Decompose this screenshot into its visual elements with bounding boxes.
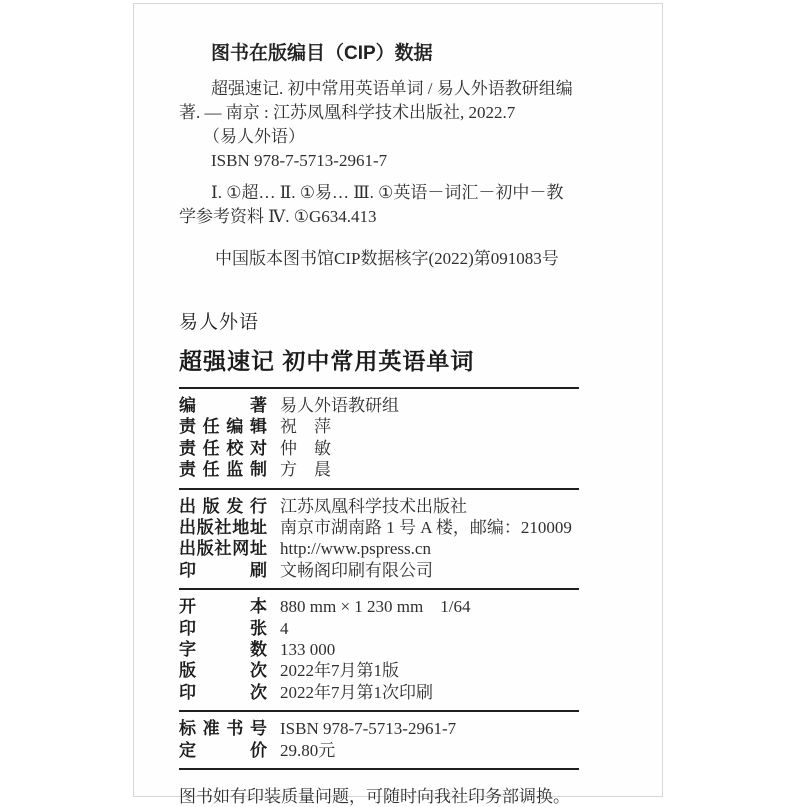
series-name: 易人外语	[179, 307, 579, 334]
row-label: 开本	[179, 596, 267, 617]
row-value: 江苏凤凰科学技术出版社	[280, 496, 467, 517]
row-value: 2022年7月第1次印刷	[280, 682, 433, 703]
credits-row: 责任编辑 祝 萍	[179, 416, 579, 437]
publishing-row: 出版社网址 http://www.pspress.cn	[179, 538, 579, 559]
publishing-row: 出版社地址 南京市湖南路 1 号 A 楼，邮编：210009	[179, 517, 579, 538]
publishing-row: 印刷 文畅阁印刷有限公司	[179, 560, 579, 581]
cip-record-line: （易人外语）	[179, 125, 579, 149]
cip-record-line: 超强速记. 初中常用英语单词 / 易人外语教研组编	[179, 77, 579, 101]
row-label: 字数	[179, 639, 267, 660]
credits-section: 编著 易人外语教研组 责任编辑 祝 萍 责任校对 仲 敏 责任监制 方 晨	[179, 389, 579, 487]
row-label: 出版社网址	[179, 538, 267, 559]
price-value: 29.80元	[280, 740, 335, 761]
divider	[179, 768, 579, 770]
row-label: 责任校对	[179, 438, 267, 459]
cip-header: 图书在版编目（CIP）数据	[211, 38, 579, 65]
page-content: 图书在版编目（CIP）数据 超强速记. 初中常用英语单词 / 易人外语教研组编 …	[179, 4, 579, 807]
format-row: 字数 133 000	[179, 639, 579, 660]
format-row: 印张 4	[179, 618, 579, 639]
cip-classification-line: 学参考资料 Ⅳ. ①G634.413	[179, 205, 579, 229]
row-value: 南京市湖南路 1 号 A 楼，邮编：210009	[280, 517, 572, 538]
row-value: 文畅阁印刷有限公司	[280, 560, 433, 581]
cip-record-line: 著. — 南京 : 江苏凤凰科学技术出版社, 2022.7	[179, 101, 579, 125]
publishing-section: 出版发行 江苏凤凰科学技术出版社 出版社地址 南京市湖南路 1 号 A 楼，邮编…	[179, 490, 579, 588]
price-row: 定价 29.80元	[179, 740, 579, 761]
quality-note: 图书如有印装质量问题，可随时向我社印务部调换。	[179, 782, 579, 807]
format-row: 印次 2022年7月第1次印刷	[179, 682, 579, 703]
row-value: 仲 敏	[280, 438, 331, 459]
row-value: 祝 萍	[280, 416, 331, 437]
isbn-price-section: 标准书号 ISBN 978-7-5713-2961-7 定价 29.80元	[179, 712, 579, 767]
row-label: 责任监制	[179, 459, 267, 480]
cip-isbn-line: ISBN 978-7-5713-2961-7	[179, 149, 579, 173]
website-url: http://www.pspress.cn	[280, 538, 431, 559]
isbn-row: 标准书号 ISBN 978-7-5713-2961-7	[179, 718, 579, 739]
row-label: 标准书号	[179, 718, 267, 739]
row-label: 印刷	[179, 560, 267, 581]
format-row: 开本 880 mm × 1 230 mm 1/64	[179, 596, 579, 617]
credits-row: 编著 易人外语教研组	[179, 395, 579, 416]
publishing-row: 出版发行 江苏凤凰科学技术出版社	[179, 496, 579, 517]
row-label: 印张	[179, 618, 267, 639]
row-value: 4	[280, 618, 289, 639]
row-label: 版次	[179, 660, 267, 681]
cip-record-block: 超强速记. 初中常用英语单词 / 易人外语教研组编 著. — 南京 : 江苏凤凰…	[179, 77, 579, 173]
row-value: 易人外语教研组	[280, 395, 399, 416]
row-label: 定价	[179, 740, 267, 761]
row-value: 2022年7月第1版	[280, 660, 399, 681]
book-title: 超强速记 初中常用英语单词	[179, 343, 579, 376]
row-label: 编著	[179, 395, 267, 416]
book-copyright-page: 图书在版编目（CIP）数据 超强速记. 初中常用英语单词 / 易人外语教研组编 …	[133, 3, 663, 797]
cip-classification-block: Ⅰ. ①超… Ⅱ. ①易… Ⅲ. ①英语－词汇－初中－教 学参考资料 Ⅳ. ①G…	[179, 181, 579, 229]
credits-row: 责任校对 仲 敏	[179, 438, 579, 459]
cip-classification-line: Ⅰ. ①超… Ⅱ. ①易… Ⅲ. ①英语－词汇－初中－教	[179, 181, 579, 205]
row-label: 出版社地址	[179, 517, 267, 538]
cip-registry-number: 中国版本图书馆CIP数据核字(2022)第091083号	[179, 244, 579, 269]
row-label: 责任编辑	[179, 416, 267, 437]
credits-row: 责任监制 方 晨	[179, 459, 579, 480]
row-value: 方 晨	[280, 459, 331, 480]
format-section: 开本 880 mm × 1 230 mm 1/64 印张 4 字数 133 00…	[179, 590, 579, 709]
row-label: 出版发行	[179, 496, 267, 517]
isbn-value: ISBN 978-7-5713-2961-7	[280, 718, 456, 739]
row-value: 880 mm × 1 230 mm 1/64	[280, 596, 470, 617]
row-value: 133 000	[280, 639, 335, 660]
format-row: 版次 2022年7月第1版	[179, 660, 579, 681]
row-label: 印次	[179, 682, 267, 703]
